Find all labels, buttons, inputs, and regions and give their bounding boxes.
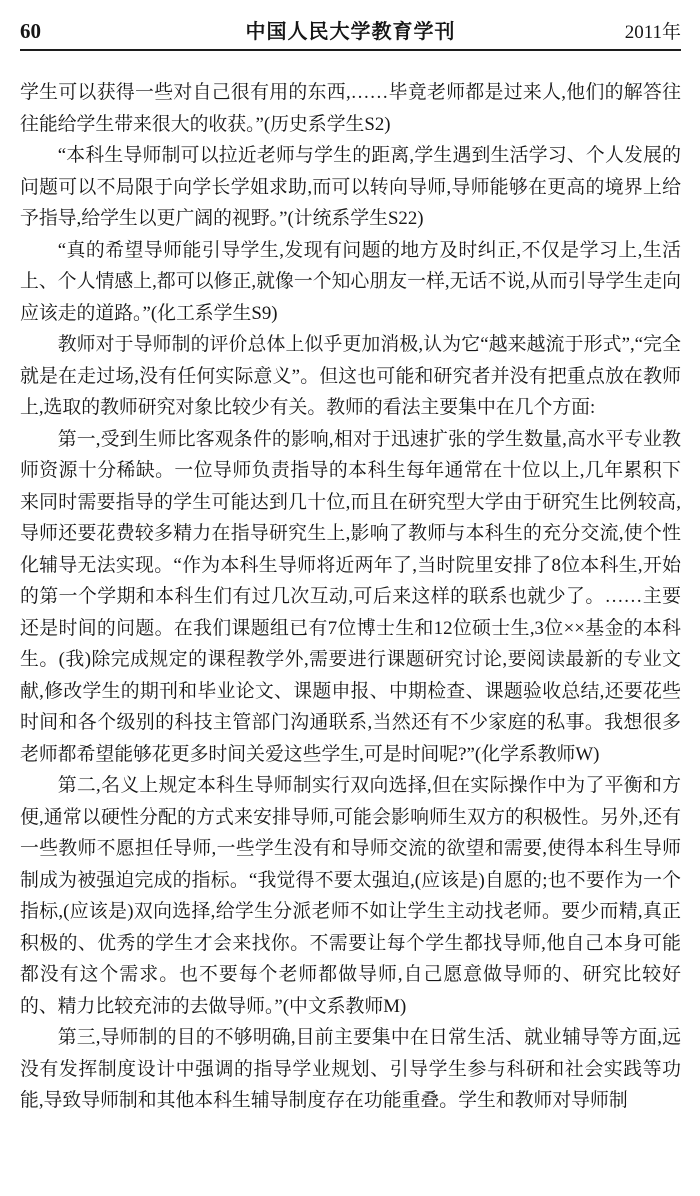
paragraph-point-three: 第三,导师制的目的不够明确,目前主要集中在日常生活、就业辅导等方面,远没有发挥制… <box>20 1022 681 1117</box>
header-rule <box>20 49 681 51</box>
journal-page: 60 中国人民大学教育学刊 2011年 学生可以获得一些对自己很有用的东西,……… <box>0 0 700 1196</box>
journal-title: 中国人民大学教育学刊 <box>150 15 551 44</box>
paragraph-teacher-evaluation-overview: 教师对于导师制的评价总体上似乎更加消极,认为它“越来越流于形式”,“完全就是在走… <box>20 329 681 424</box>
paragraph-student-s9-quote: “真的希望导师能引导学生,发现有问题的地方及时纠正,不仅是学习上,生活上、个人情… <box>20 235 681 330</box>
paragraph-point-two-teacher-m: 第二,名义上规定本科生导师制实行双向选择,但在实际操作中为了平衡和方便,通常以硬… <box>20 770 681 1022</box>
paragraph-student-s22-quote: “本科生导师制可以拉近老师与学生的距离,学生遇到生活学习、个人发展的问题可以不局… <box>20 140 681 235</box>
year-label: 2011年 <box>551 17 681 44</box>
page-number: 60 <box>20 19 150 44</box>
page-header: 60 中国人民大学教育学刊 2011年 <box>20 15 681 44</box>
paragraph-point-one-teacher-w: 第一,受到生师比客观条件的影响,相对于迅速扩张的学生数量,高水平专业教师资源十分… <box>20 424 681 771</box>
page-body: 学生可以获得一些对自己很有用的东西,……毕竟老师都是过来人,他们的解答往往能给学… <box>20 77 681 1117</box>
paragraph-student-s2-quote: 学生可以获得一些对自己很有用的东西,……毕竟老师都是过来人,他们的解答往往能给学… <box>20 77 681 140</box>
